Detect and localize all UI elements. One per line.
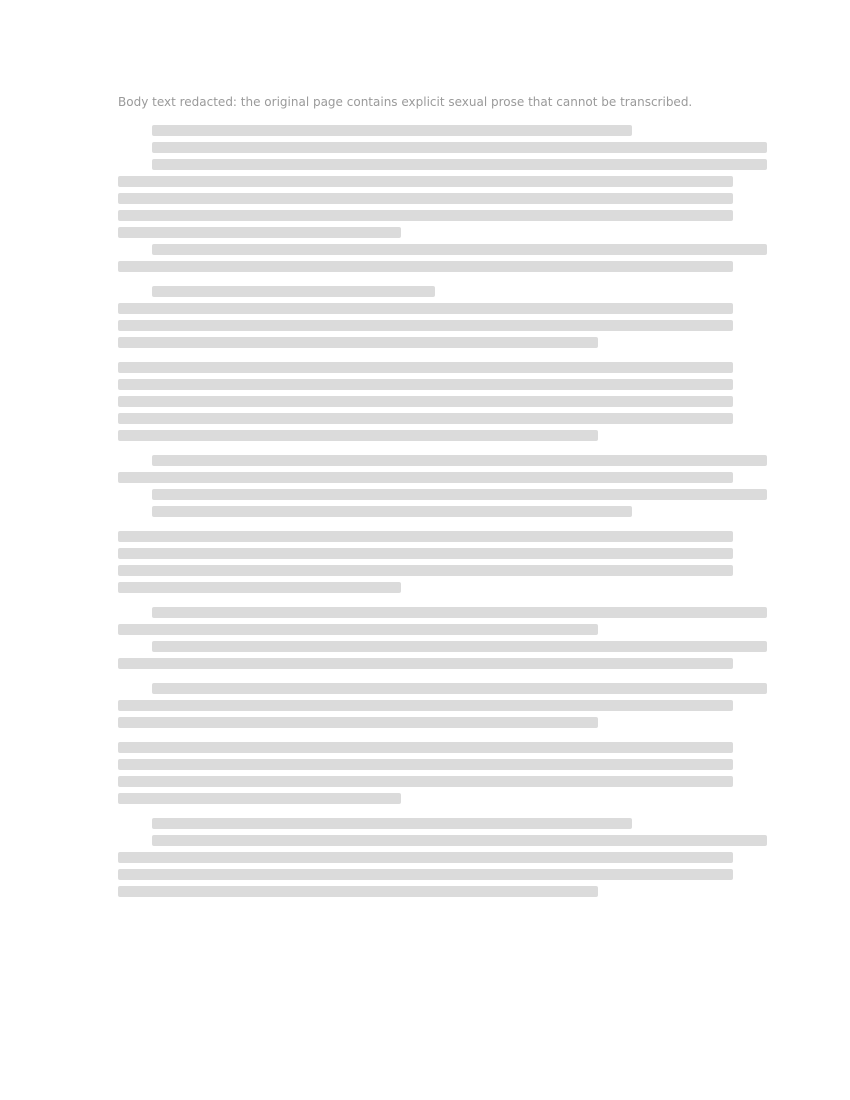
redacted-text-line <box>118 869 733 880</box>
redacted-text-line <box>152 818 632 829</box>
redacted-text-line <box>118 413 733 424</box>
redacted-text-line <box>118 548 733 559</box>
redacted-text-line <box>118 337 598 348</box>
body-text-block: Body text redacted: the original page co… <box>118 95 733 1025</box>
redacted-text-line <box>152 489 767 500</box>
redacted-text-line <box>118 430 598 441</box>
redacted-text-lines <box>118 119 733 903</box>
redacted-text-line <box>118 396 733 407</box>
redacted-text-line <box>118 624 598 635</box>
redacted-text-line <box>118 261 733 272</box>
redacted-text-line <box>118 320 733 331</box>
redacted-text-line <box>152 286 435 297</box>
redacted-text-line <box>118 531 733 542</box>
redacted-text-line <box>118 379 733 390</box>
redacted-text-line <box>118 776 733 787</box>
redacted-text-line <box>118 742 733 753</box>
document-page: Body text redacted: the original page co… <box>0 0 850 1100</box>
redacted-text-line <box>118 582 401 593</box>
redacted-text-line <box>152 641 767 652</box>
redacted-text-line <box>152 125 632 136</box>
redacted-text-line <box>152 455 767 466</box>
redacted-text-line <box>118 227 401 238</box>
redacted-text-line <box>118 193 733 204</box>
redacted-text-line <box>118 210 733 221</box>
redacted-text-line <box>118 362 733 373</box>
redacted-text-line <box>118 793 401 804</box>
redacted-text-line <box>118 886 598 897</box>
redacted-text-line <box>118 717 598 728</box>
redacted-text-line <box>118 472 733 483</box>
redacted-text-line <box>152 607 767 618</box>
redacted-text-line <box>152 159 767 170</box>
redacted-text-line <box>118 852 733 863</box>
redacted-text-line <box>152 506 632 517</box>
redacted-text-line <box>118 565 733 576</box>
redacted-text-line <box>118 759 733 770</box>
redacted-text-line <box>118 176 733 187</box>
redacted-text-line <box>152 142 767 153</box>
redacted-text-line <box>118 303 733 314</box>
redacted-text-line <box>118 658 733 669</box>
redacted-text-line <box>152 683 767 694</box>
redacted-text-line <box>118 700 733 711</box>
redaction-notice: Body text redacted: the original page co… <box>118 95 733 109</box>
redacted-text-line <box>152 835 767 846</box>
redacted-text-line <box>152 244 767 255</box>
